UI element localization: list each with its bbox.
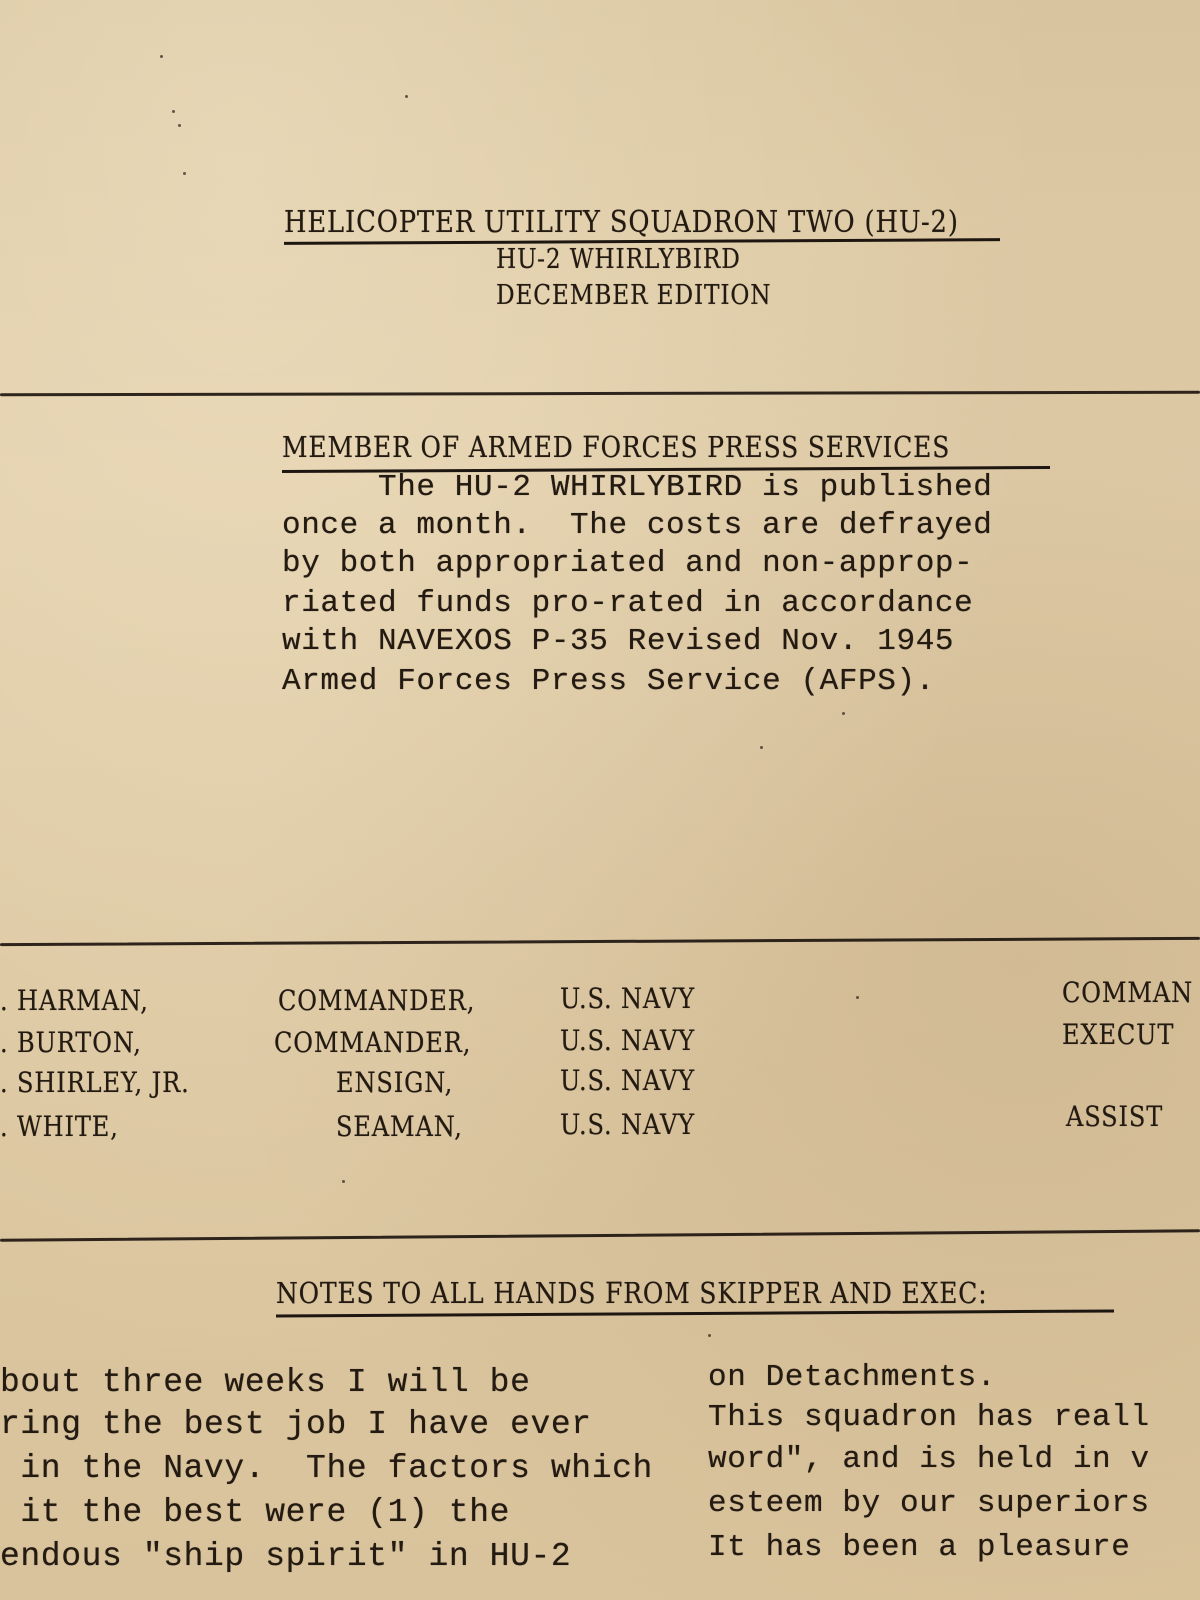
notes-heading-underline: [276, 1309, 1114, 1317]
staff-rank: COMMANDER,: [278, 984, 475, 1017]
notes-line: word", and is held in v: [708, 1442, 1150, 1477]
staff-role: EXECUT: [1062, 1018, 1174, 1051]
staff-rank: SEAMAN,: [336, 1110, 463, 1143]
notes-line: It has been a pleasure: [708, 1530, 1130, 1565]
notes-line: This squadron has reall: [708, 1400, 1150, 1435]
section-divider: [0, 391, 1200, 397]
staff-name: . HARMAN,: [0, 984, 149, 1017]
notes-line: ring the best job I have ever: [0, 1406, 592, 1443]
staff-rank: ENSIGN,: [336, 1066, 453, 1099]
press-notice-line: by both appropriated and non-approp-: [282, 546, 973, 581]
staff-role: COMMAN: [1062, 976, 1193, 1009]
staff-service: U.S. NAVY: [560, 982, 695, 1015]
ink-speck: [405, 95, 408, 98]
edition-label: DECEMBER EDITION: [496, 280, 771, 311]
newsletter-page: HELICOPTER UTILITY SQUADRON TWO (HU-2) H…: [0, 0, 1200, 1600]
press-notice-line: once a month. The costs are defrayed: [282, 508, 993, 543]
ink-speck: [160, 55, 163, 58]
staff-rank: COMMANDER,: [274, 1026, 471, 1059]
notes-line: it the best were (1) the: [0, 1494, 510, 1531]
section-divider: [0, 1229, 1200, 1241]
staff-service: U.S. NAVY: [560, 1064, 695, 1097]
ink-speck: [708, 1334, 711, 1337]
staff-name: . WHITE,: [0, 1110, 119, 1143]
press-notice-line: with NAVEXOS P-35 Revised Nov. 1945: [282, 624, 954, 659]
notes-line: on Detachments.: [708, 1360, 996, 1395]
publication-name: HU-2 WHIRLYBIRD: [496, 244, 741, 275]
staff-service: U.S. NAVY: [560, 1108, 695, 1141]
notes-line: esteem by our superiors: [708, 1486, 1150, 1521]
staff-name: . BURTON,: [0, 1026, 142, 1059]
notes-line: bout three weeks I will be: [0, 1364, 530, 1401]
staff-role: ASSIST: [1066, 1100, 1163, 1133]
notes-line: endous "ship spirit" in HU-2: [0, 1538, 571, 1575]
ink-speck: [760, 746, 763, 749]
ink-speck: [183, 172, 186, 175]
staff-service: U.S. NAVY: [560, 1024, 695, 1057]
ink-speck: [342, 1180, 345, 1183]
ink-speck: [178, 124, 181, 127]
squadron-title: HELICOPTER UTILITY SQUADRON TWO (HU-2): [284, 205, 959, 240]
notes-heading: NOTES TO ALL HANDS FROM SKIPPER AND EXEC…: [276, 1276, 988, 1310]
notes-line: in the Navy. The factors which: [0, 1450, 653, 1487]
section-divider: [0, 937, 1200, 946]
ink-speck: [842, 712, 845, 715]
press-notice-line: The HU-2 WHIRLYBIRD is published: [282, 470, 993, 505]
ink-speck: [172, 110, 175, 113]
press-notice-line: riated funds pro-rated in accordance: [282, 586, 973, 621]
press-notice-line: Armed Forces Press Service (AFPS).: [282, 664, 935, 699]
ink-speck: [856, 996, 859, 999]
press-services-heading: MEMBER OF ARMED FORCES PRESS SERVICES: [282, 430, 950, 464]
staff-name: . SHIRLEY, JR.: [0, 1066, 190, 1099]
